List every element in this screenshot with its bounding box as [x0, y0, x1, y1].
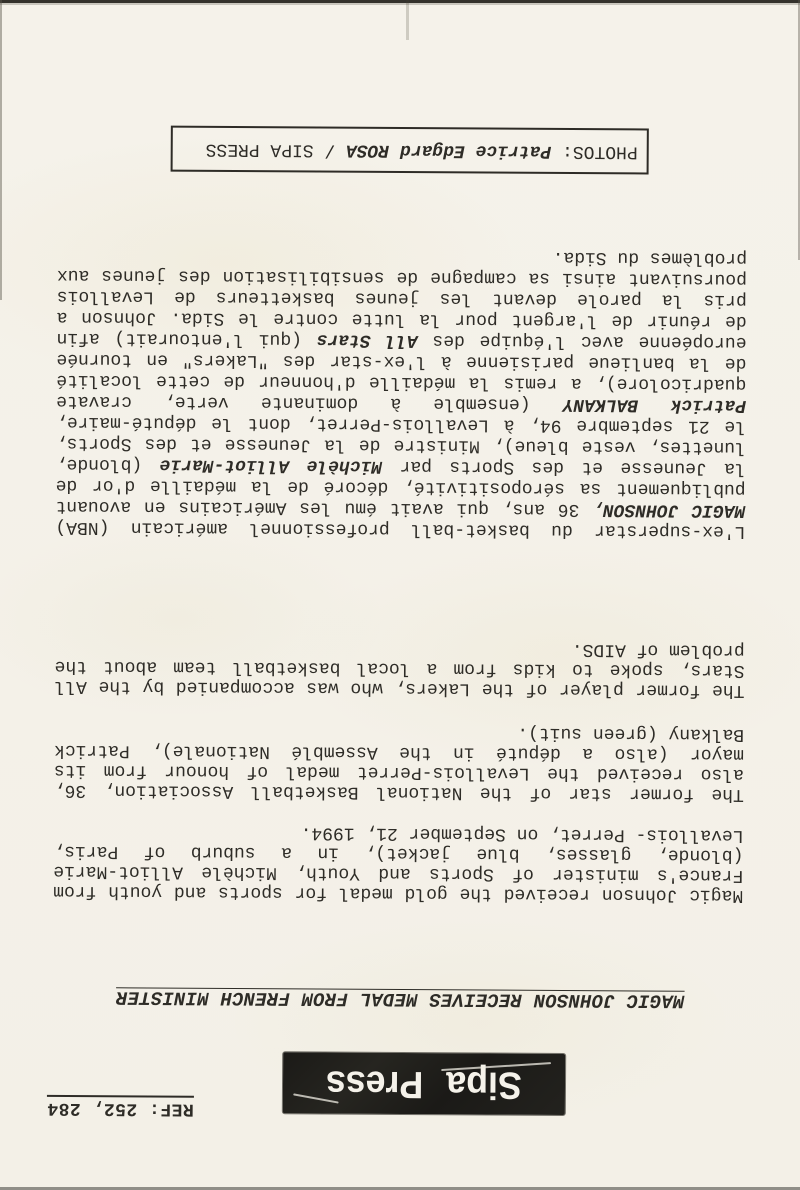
- rotated-page-content: REF: 252, 284 Sipa Press MAGIC JOHNSON R…: [0, 0, 800, 1190]
- french-paragraph: L'ex-superstar du basket-ball profession…: [55, 243, 747, 541]
- english-caption-section: Magic Johnson received the gold medal fo…: [53, 636, 745, 905]
- sipa-press-logo-text: Sipa Press: [326, 1062, 522, 1106]
- headline: MAGIC JOHNSON RECEIVES MEDAL FROM FRENCH…: [104, 986, 684, 1012]
- photo-credit-box: PHOTOS: Patrice Edgard ROSA / SIPA PRESS: [171, 126, 649, 175]
- english-paragraph-1: Magic Johnson received the gold medal fo…: [53, 821, 743, 905]
- photo-credit-text: PHOTOS: Patrice Edgard ROSA / SIPA PRESS: [206, 139, 638, 162]
- scan-edge-left: [0, 0, 2, 300]
- sipa-press-logo: Sipa Press: [283, 1052, 565, 1115]
- english-paragraph-2: The former star of the National Basketba…: [54, 720, 744, 804]
- scanned-press-sheet: REF: 252, 284 Sipa Press MAGIC JOHNSON R…: [0, 0, 800, 1190]
- french-caption-section: L'ex-superstar du basket-ball profession…: [55, 243, 747, 541]
- scan-streak-artifact: [406, 0, 409, 40]
- english-paragraph-3: The former player of the Lakers, who was…: [54, 636, 744, 700]
- ref-number: REF: 252, 284: [47, 1095, 194, 1119]
- scan-edge-top-shadow: [0, 3, 800, 5]
